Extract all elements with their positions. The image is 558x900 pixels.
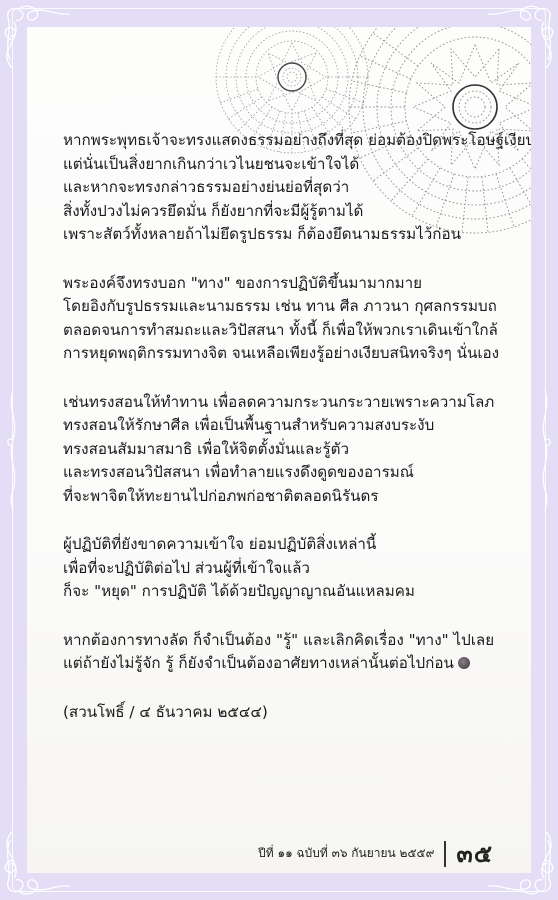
text-line-content: แต่ถ้ายังไม่รู้จัก รู้ ก็ยังจำเป็นต้องอา… bbox=[63, 654, 454, 672]
article-body: หากพระพุทธเจ้าจะทรงแสดงธรรมอย่างถึงที่สุ… bbox=[63, 129, 523, 749]
text-line: แต่ถ้ายังไม่รู้จัก รู้ ก็ยังจำเป็นต้องอา… bbox=[63, 652, 523, 676]
page-footer: ปีที่ ๑๑ ฉบับที่ ๓๖ กันยายน ๒๕๕๙ ๓๕ bbox=[258, 834, 493, 873]
text-line: เช่นทรงสอนให้ทำทาน เพื่อลดความกระวนกระวา… bbox=[63, 391, 523, 415]
text-line: เพื่อที่จะปฏิบัติต่อไป ส่วนผู้ที่เข้าใจแ… bbox=[63, 557, 523, 581]
text-line: โดยอิงกับรูปธรรมและนามธรรม เช่น ทาน ศีล … bbox=[63, 295, 523, 319]
page-number: ๓๕ bbox=[456, 834, 493, 873]
article-signature: (สวนโพธิ์ / ๔ ธันวาคม ๒๕๔๔) bbox=[63, 701, 523, 725]
flourish-side-icon bbox=[536, 390, 554, 510]
text-line: สิ่งทั้งปวงไม่ควรยึดมั่น ก็ยังยากที่จะมี… bbox=[63, 200, 523, 224]
text-line: ที่จะพาจิตให้ทะยานไปก่อภพก่อชาติตลอดนิรั… bbox=[63, 485, 523, 509]
text-line: ทรงสอนให้รักษาศีล เพื่อเป็นพื้นฐานสำหรับ… bbox=[63, 414, 523, 438]
text-line: แต่นั่นเป็นสิ่งยากเกินกว่าเวไนยชนจะเข้าใ… bbox=[63, 153, 523, 177]
article-paragraph: หากต้องการทางลัด ก็จำเป็นต้อง "รู้" และเ… bbox=[63, 629, 523, 676]
text-line: ผู้ปฏิบัติที่ยังขาดความเข้าใจ ย่อมปฏิบัต… bbox=[63, 533, 523, 557]
footer-divider bbox=[444, 841, 446, 867]
text-line: ตลอดจนการทำสมถะและวิปัสสนา ทั้งนี้ ก็เพื… bbox=[63, 319, 523, 343]
text-line: ก็จะ "หยุด" การปฏิบัติ ได้ด้วยปัญญาญาณอั… bbox=[63, 580, 523, 604]
text-line: การหยุดพฤติกรรมทางจิต จนเหลือเพียงรู้อย่… bbox=[63, 342, 523, 366]
text-line: และหากจะทรงกล่าวธรรมอย่างย่นย่อที่สุดว่า bbox=[63, 176, 523, 200]
issue-info: ปีที่ ๑๑ ฉบับที่ ๓๖ กันยายน ๒๕๕๙ bbox=[258, 844, 434, 863]
text-line: และทรงสอนวิปัสสนา เพื่อทำลายแรงดึงดูดของ… bbox=[63, 461, 523, 485]
article-paragraph: พระองค์จึงทรงบอก "ทาง" ของการปฏิบัติขึ้น… bbox=[63, 272, 523, 366]
text-line: เพราะสัตว์ทั้งหลายถ้าไม่ยึดรูปธรรม ก็ต้อ… bbox=[63, 223, 523, 247]
magazine-page: หากพระพุทธเจ้าจะทรงแสดงธรรมอย่างถึงที่สุ… bbox=[27, 27, 531, 873]
text-line: หากต้องการทางลัด ก็จำเป็นต้อง "รู้" และเ… bbox=[63, 629, 523, 653]
text-line: ทรงสอนสัมมาสมาธิ เพื่อให้จิตตั้งมั่นและร… bbox=[63, 438, 523, 462]
text-line: พระองค์จึงทรงบอก "ทาง" ของการปฏิบัติขึ้น… bbox=[63, 272, 523, 296]
flourish-side-icon bbox=[4, 390, 22, 510]
article-paragraph: ผู้ปฏิบัติที่ยังขาดความเข้าใจ ย่อมปฏิบัต… bbox=[63, 533, 523, 604]
article-paragraph: เช่นทรงสอนให้ทำทาน เพื่อลดความกระวนกระวา… bbox=[63, 391, 523, 509]
text-line: หากพระพุทธเจ้าจะทรงแสดงธรรมอย่างถึงที่สุ… bbox=[63, 129, 523, 153]
end-of-article-dot-icon bbox=[458, 657, 470, 669]
article-paragraph: หากพระพุทธเจ้าจะทรงแสดงธรรมอย่างถึงที่สุ… bbox=[63, 129, 523, 247]
